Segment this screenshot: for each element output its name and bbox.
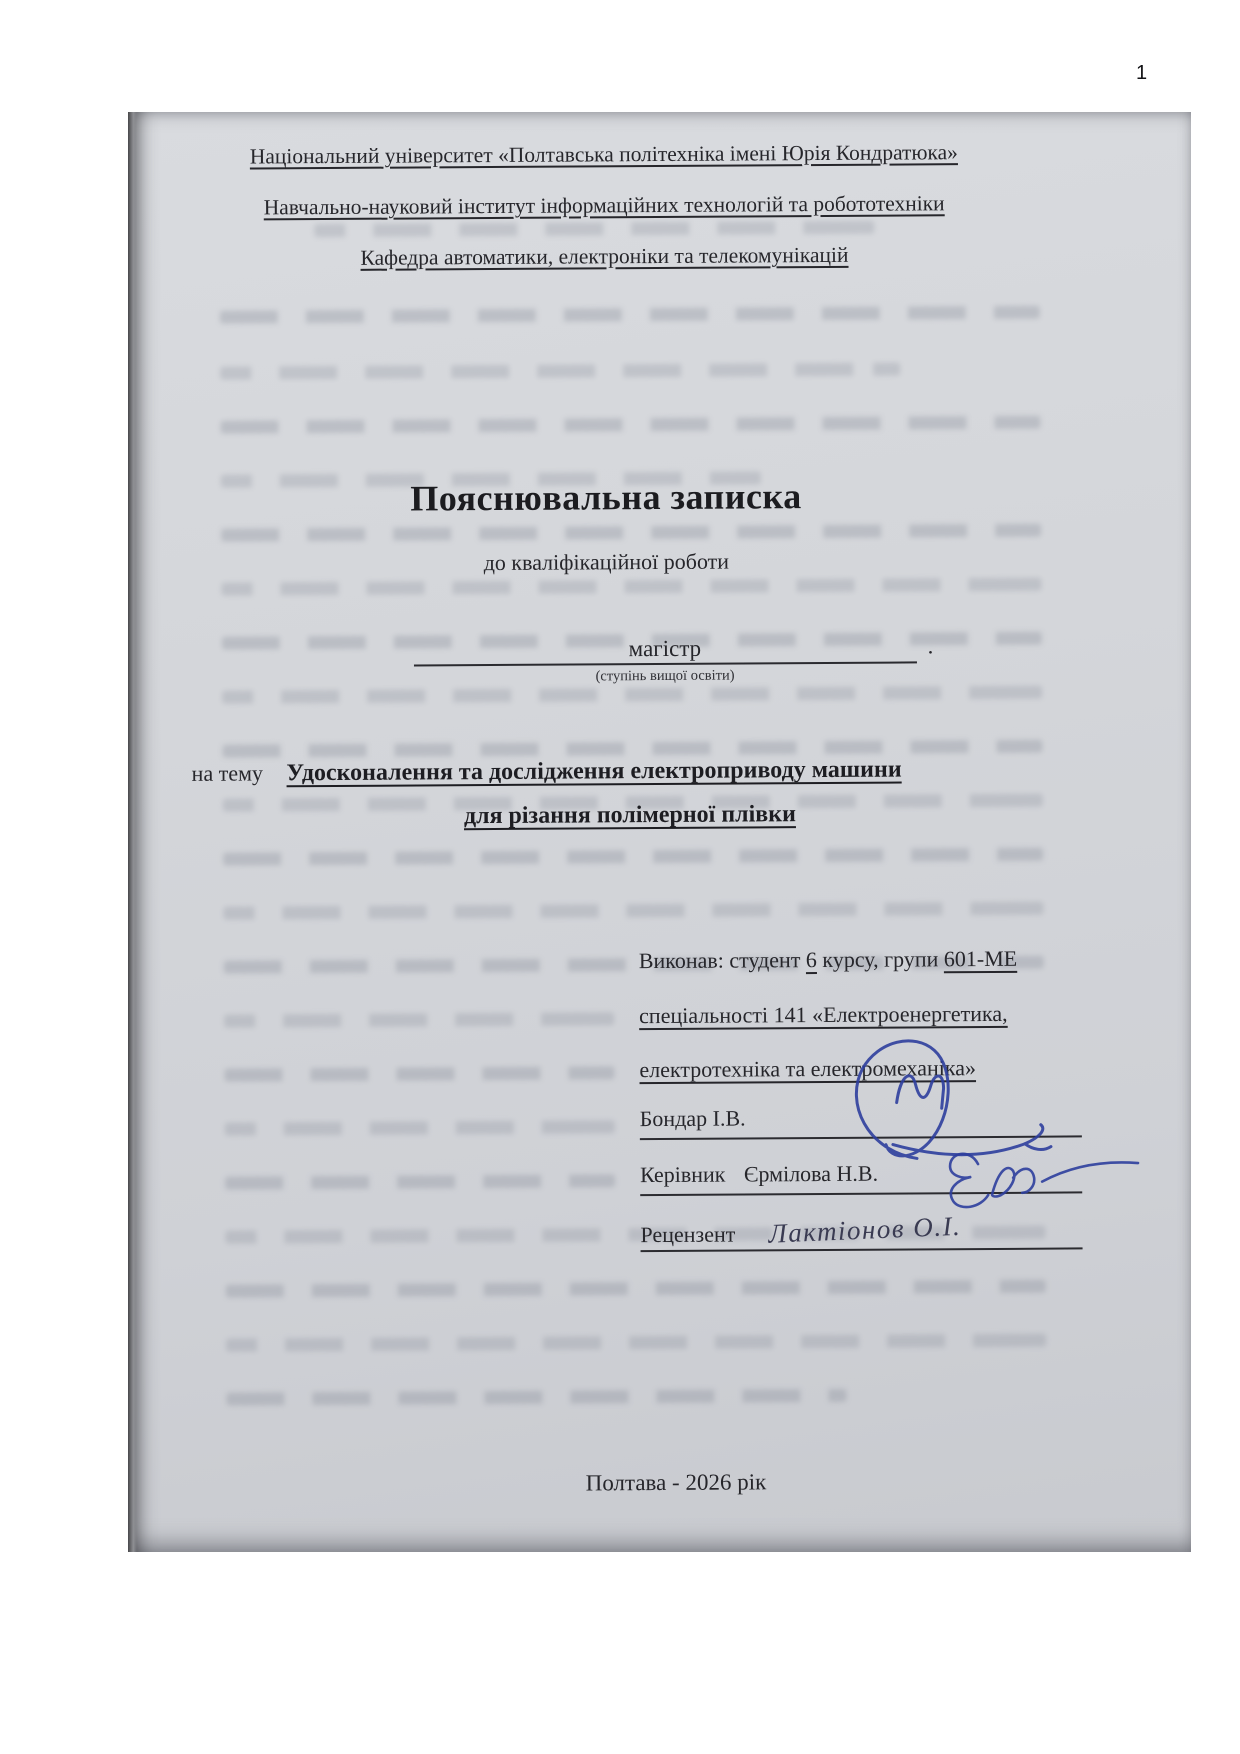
student-name: Бондар І.В. <box>640 1105 746 1131</box>
bleed-through-line <box>222 740 1042 758</box>
reviewer-handwritten-name: Лактіонов О.І. <box>768 1211 962 1250</box>
topic-text-line2: для різання полімерної плівки <box>464 801 796 829</box>
scanned-title-page: Національний університет «Полтавська пол… <box>128 112 1191 1552</box>
degree-caption: (ступінь вищої освіти) <box>413 663 916 686</box>
topic-label: на тему <box>192 760 263 785</box>
bleed-through-line <box>223 848 1043 866</box>
university-name: Національний університет «Полтавська пол… <box>128 139 1084 170</box>
supervisor-signature <box>938 1137 1154 1223</box>
typed-text-layer: Національний університет «Полтавська пол… <box>128 112 1084 115</box>
city-year: Полтава - 2026 рік <box>196 1467 1156 1499</box>
bleed-through-line <box>221 524 1041 542</box>
bleed-through-line <box>226 1334 1046 1352</box>
document-subtitle: до кваліфікаційної роботи <box>128 546 1086 578</box>
scan-content: Національний університет «Полтавська пол… <box>128 112 1191 1552</box>
bleed-through-line <box>224 1066 614 1081</box>
page-number: 1 <box>1136 62 1147 85</box>
topic-line-1: на тему Удосконалення та дослідження еле… <box>192 757 902 788</box>
bleed-through-line <box>220 306 1040 324</box>
group-code: 601-МЕ <box>944 946 1017 971</box>
bleed-through-text <box>128 112 1187 115</box>
department-name: Кафедра автоматики, електроніки та телек… <box>128 241 1085 272</box>
topic-line-2: для різання полімерної плівки <box>150 799 1110 832</box>
bleed-through-line <box>314 221 874 237</box>
bleed-through-line <box>221 578 1041 596</box>
degree-text: магістр <box>629 636 702 661</box>
bleed-through-line <box>226 1389 846 1406</box>
performed-by-line: Виконав: студент 6 курсу, групи 601-МЕ <box>639 945 1081 974</box>
topic-text-line1: Удосконалення та дослідження електроприв… <box>286 757 901 787</box>
institute-name: Навчально-науковий інститут інформаційни… <box>128 190 1084 221</box>
specialty-line-1: спеціальності 141 «Електроенергетика, <box>639 1000 1081 1029</box>
bleed-through-line <box>222 686 1042 704</box>
degree-block: магістр . (ступінь вищої освіти) <box>413 634 916 686</box>
course-number: 6 <box>806 947 817 972</box>
bleed-through-line <box>223 902 1043 920</box>
document-title: Пояснювальна записка <box>128 473 1086 521</box>
degree-value: магістр <box>413 634 916 666</box>
bleed-through-line <box>225 1174 615 1189</box>
reviewer-label: Рецензент <box>640 1222 735 1248</box>
degree-trailing-period: . <box>928 633 934 659</box>
supervisor-label: Керівник <box>640 1162 725 1188</box>
bleed-through-line <box>220 416 1040 434</box>
bleed-through-line <box>220 363 900 380</box>
bleed-through-line <box>225 1120 615 1135</box>
performed-prefix: Виконав: студент <box>639 947 801 973</box>
bleed-through-line <box>226 1280 1046 1298</box>
performed-middle: курсу, групи <box>822 946 938 972</box>
bleed-through-line <box>224 1012 614 1027</box>
